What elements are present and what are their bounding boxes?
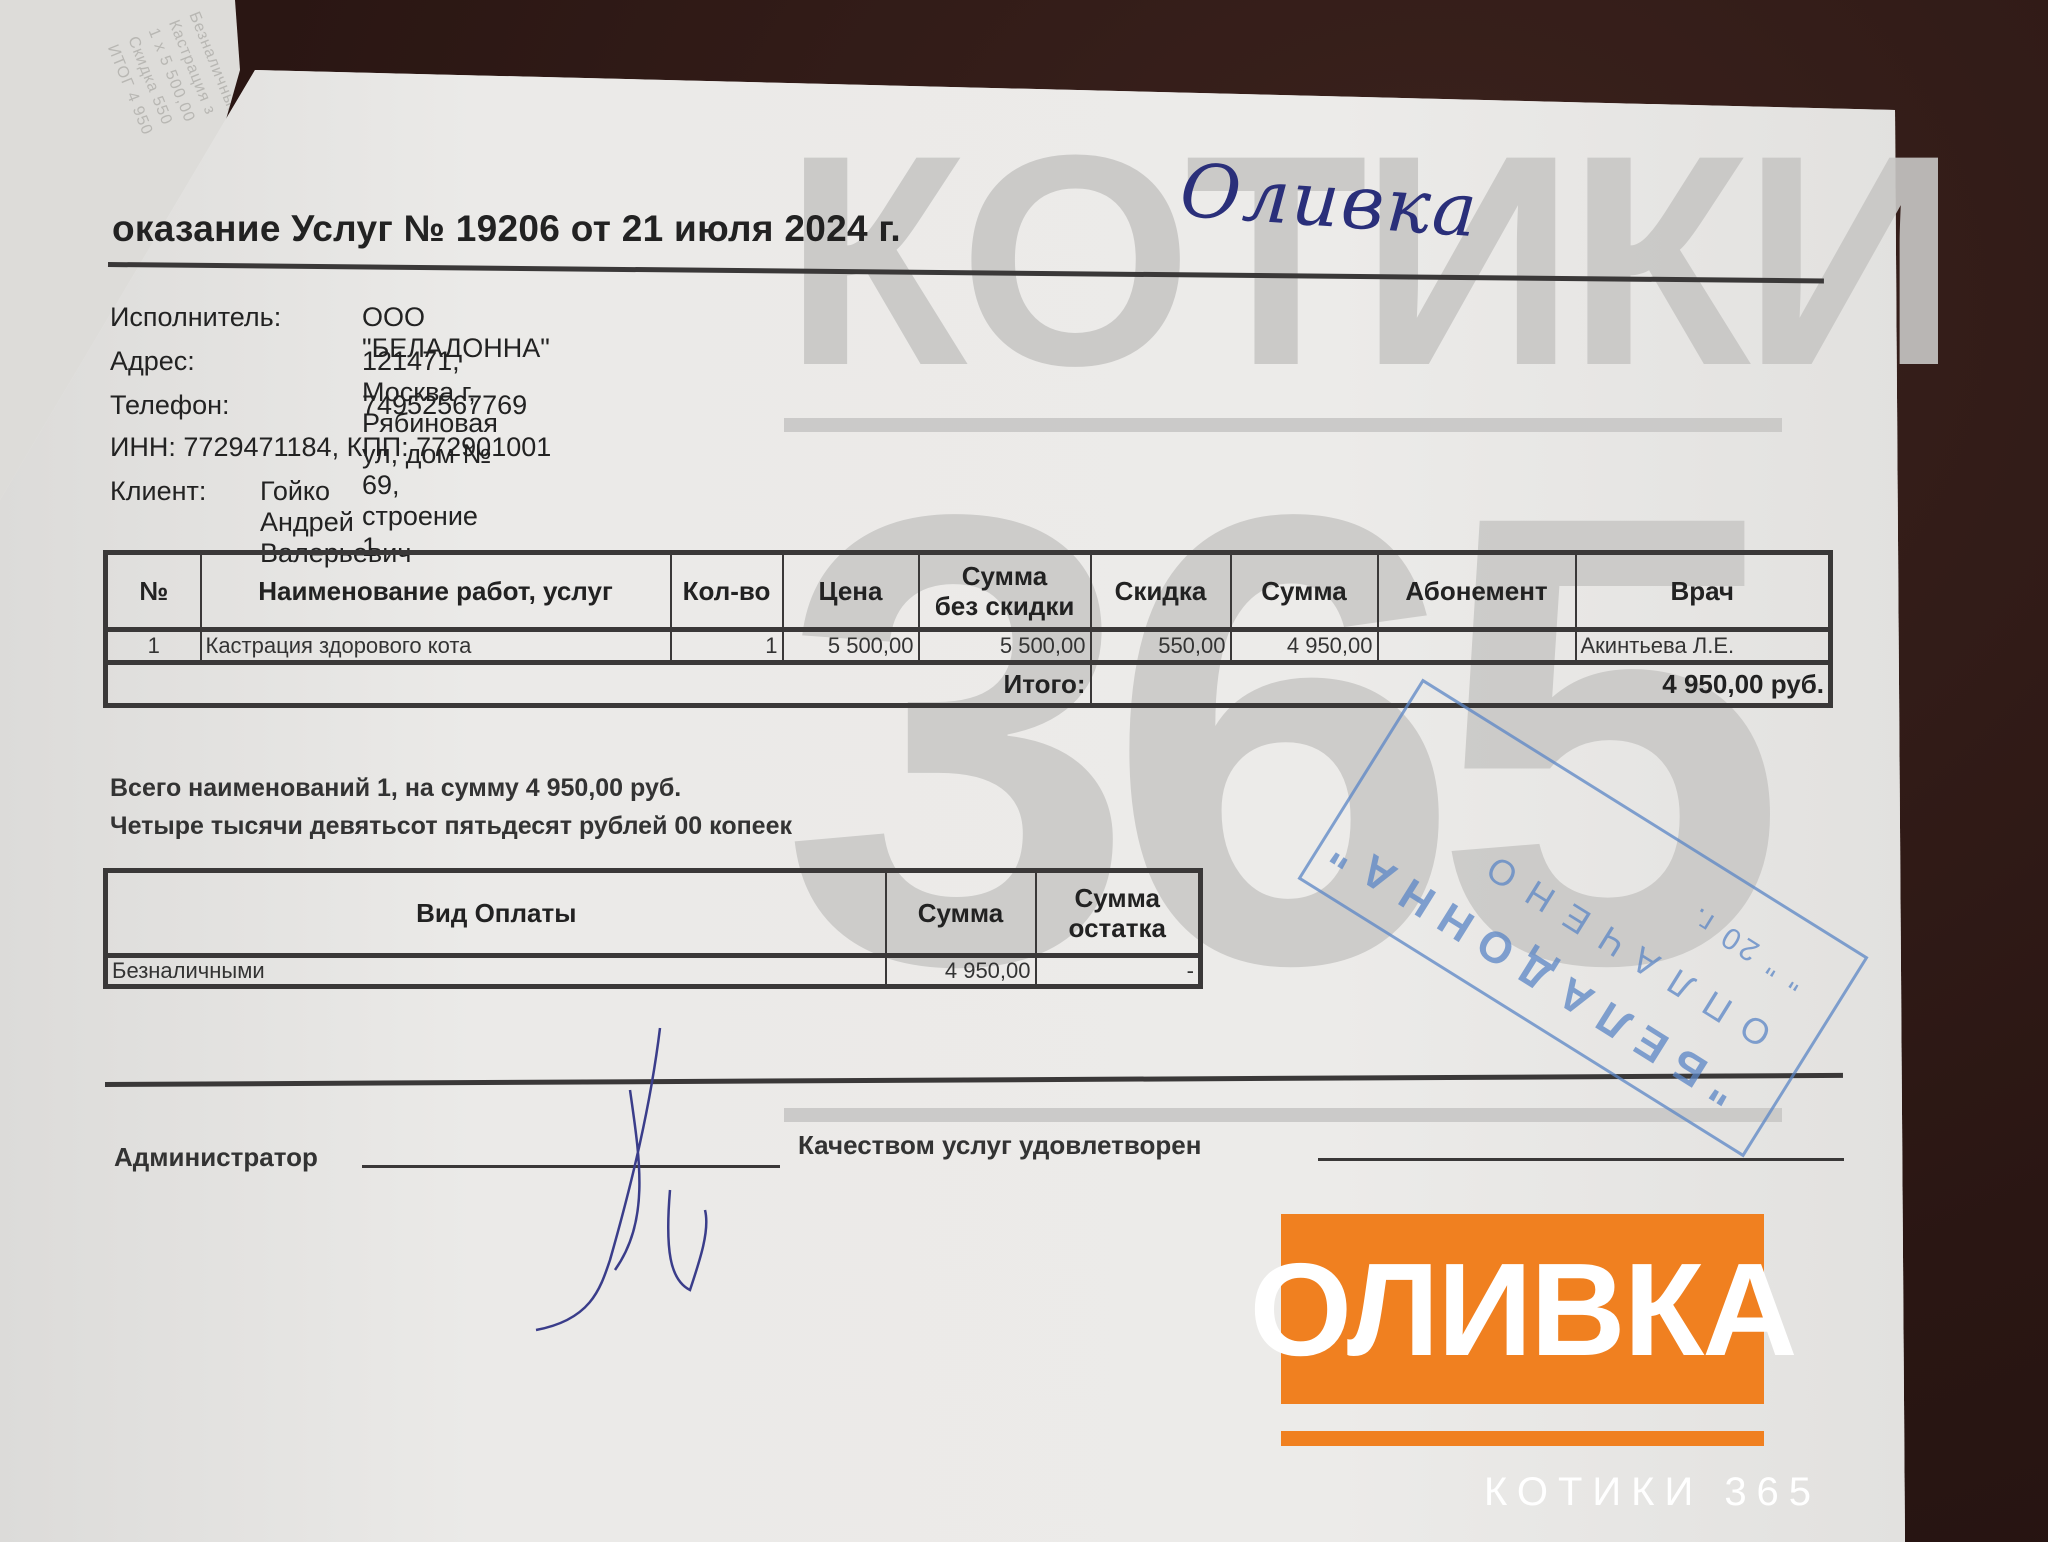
- col-payment-type: Вид Оплаты: [106, 871, 886, 956]
- col-payment-sum: Сумма: [886, 871, 1036, 956]
- handwritten-signature: [520, 1020, 720, 1340]
- table-row: Безналичными 4 950,00 -: [106, 956, 1201, 987]
- section-divider: [105, 1073, 1843, 1087]
- col-qty: Кол-во: [671, 553, 783, 630]
- col-no: №: [106, 553, 201, 630]
- col-payment-rest: Сумма остатка: [1036, 871, 1201, 956]
- admin-label: Администратор: [114, 1142, 318, 1173]
- summary-in-words: Четыре тысячи девятьсот пятьдесят рублей…: [110, 812, 792, 841]
- document-title: оказание Услуг № 19206 от 21 июля 2024 г…: [112, 208, 901, 250]
- paid-stamp: "БЕЛАДОННА" ОПЛАЧЕНО " " 20 г.: [1297, 679, 1868, 1158]
- payment-table: Вид Оплаты Сумма Сумма остатка Безналичн…: [103, 868, 1203, 989]
- total-row: Итого: 4 950,00 руб.: [106, 663, 1831, 706]
- info-executor: Исполнитель: ООО "БЕЛАДОННА": [110, 302, 281, 333]
- client-satisfied-label: Качеством услуг удовлетворен: [798, 1130, 1201, 1161]
- summary-count: Всего наименований 1, на сумму 4 950,00 …: [110, 774, 681, 803]
- col-sum-no-discount: Сумма без скидки: [919, 553, 1091, 630]
- total-value: 4 950,00 руб.: [1091, 663, 1831, 706]
- brand-name: ОЛИВКА: [1281, 1214, 1764, 1404]
- col-subscription: Абонемент: [1378, 553, 1576, 630]
- info-phone: Телефон: 74952567769: [110, 390, 230, 421]
- total-label: Итого:: [106, 663, 1091, 706]
- info-inn-kpp: ИНН: 7729471184, КПП: 772901001: [110, 432, 551, 463]
- table-row: 1 Кастрация здорового кота 1 5 500,00 5 …: [106, 630, 1831, 663]
- payment-header-row: Вид Оплаты Сумма Сумма остатка: [106, 871, 1201, 956]
- col-price: Цена: [783, 553, 919, 630]
- col-sum: Сумма: [1231, 553, 1378, 630]
- info-address: Адрес: 121471, Москва г, Рябиновая ул, д…: [110, 346, 195, 377]
- info-client: Клиент: Гойко Андрей Валерьевич: [110, 476, 206, 507]
- title-underline: [108, 262, 1824, 283]
- col-doctor: Врач: [1576, 553, 1831, 630]
- client-signature-line: [1318, 1158, 1844, 1161]
- brand-underline: [1281, 1431, 1764, 1446]
- services-header-row: № Наименование работ, услуг Кол-во Цена …: [106, 553, 1831, 630]
- brand-subtitle: КОТИКИ 365: [1484, 1470, 1821, 1515]
- services-table: № Наименование работ, услуг Кол-во Цена …: [103, 550, 1833, 708]
- brand-badge: ОЛИВКА: [1281, 1214, 1764, 1404]
- col-name: Наименование работ, услуг: [201, 553, 671, 630]
- col-discount: Скидка: [1091, 553, 1231, 630]
- handwritten-note: Оливка: [1177, 148, 1481, 255]
